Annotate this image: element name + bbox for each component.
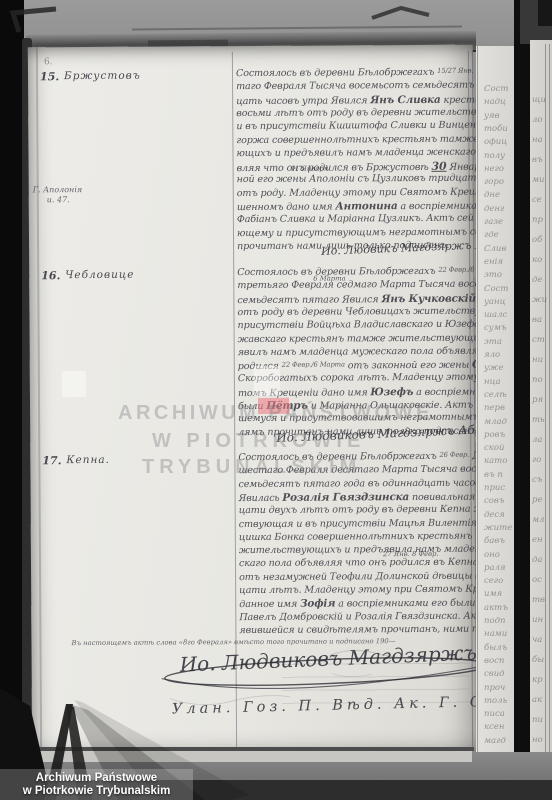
sliver-fragment: ин <box>532 615 543 625</box>
sliver-fragment: на <box>532 135 543 145</box>
corner-mark-top-right <box>372 8 429 18</box>
facing-page-fragment: сумъ <box>484 323 506 333</box>
sliver-fragment: ря <box>532 395 543 405</box>
archive-watermark-label: Archiwum Państwowe w Piotrkowie Trybunal… <box>0 769 193 800</box>
sliver-fragment: въ <box>532 155 543 165</box>
facing-page-fragment: прис <box>484 483 505 493</box>
sliver-fragment: ми <box>532 175 545 185</box>
facing-page-fragment: восп <box>484 656 504 666</box>
facing-page-fragment: раля <box>484 563 506 573</box>
facing-page-fragment: дне <box>484 190 500 200</box>
facing-rule <box>477 46 478 754</box>
facing-page-fragment: надц <box>484 97 506 107</box>
sliver-fragment: пр <box>532 215 543 225</box>
sliver-fragment: се <box>532 195 542 205</box>
sliver-fragment: ла <box>532 435 542 445</box>
facing-page-fragment: полу <box>484 151 505 161</box>
facing-page-fragment: былъ <box>484 643 507 653</box>
facing-page-fragment: денг <box>484 204 504 214</box>
facing-page-fragment: горо <box>484 177 504 187</box>
sliver-fragment: по <box>532 375 543 385</box>
facing-page-fragment: это <box>484 270 502 280</box>
entry-number: 16. <box>41 269 60 282</box>
entry-number: 17. <box>42 454 61 467</box>
sliver-fragment: де <box>532 275 542 285</box>
sliver-fragment: ко <box>532 255 542 265</box>
sliver-fragment: пи <box>532 715 543 725</box>
facing-page-fragment: имя <box>484 589 502 599</box>
facing-page-fragment: оно <box>484 550 500 560</box>
clerk-inscription: Улан. Гоз. П. Вѣд. Ак. Г. Сех. <box>172 693 519 717</box>
facing-page-fragment: въ п <box>484 470 503 480</box>
entry-text-line: таго Февраля Тысяча восемьсотъ семьдесят… <box>236 80 514 93</box>
facing-page-fragment: эта <box>484 337 502 347</box>
facing-page-fragment: бавъ <box>484 536 505 546</box>
sliver-fragment: да <box>532 555 542 565</box>
facing-page-fragment: где <box>484 230 499 240</box>
facing-page-fragment: уяв <box>484 111 500 121</box>
entry-text-line: данное имя Зофія а воспріемниками его бы… <box>239 597 475 610</box>
facing-page-fragment: ксен <box>484 722 504 732</box>
facing-page-fragment: Слив <box>484 244 506 254</box>
facing-page-fragment: писа <box>484 709 505 719</box>
facing-page-fragment: селѣ <box>484 390 507 400</box>
facing-page-fragment: жите <box>484 523 512 533</box>
background-left-edge <box>0 0 24 800</box>
facing-page-column: Состнадцуявтобиофицполунегогороднеденгга… <box>476 46 514 754</box>
sliver-fragment: го <box>532 455 541 465</box>
interline-correction: 11 Января <box>291 165 329 173</box>
sliver-fragment: ло <box>532 115 543 125</box>
facing-page-fragment: подп <box>484 616 505 626</box>
archive-label-line-1: Archiwum Państwowe <box>36 772 157 785</box>
facing-page-fragment: актъ <box>484 603 508 613</box>
sliver-fragment: ча <box>532 635 542 645</box>
facing-page-fragment: совъ <box>484 496 505 506</box>
facing-page-fragment: него <box>484 164 504 174</box>
facing-page-fragment: ровъ <box>484 430 505 440</box>
entry-text-line: цишка Бонка совершеннолѣтнихъ крестьянъ … <box>239 530 514 543</box>
facing-page-fragment: проч <box>484 683 505 693</box>
register-page: 6. 15.БржустовъГ. Аполоніяи. 47.Состояло… <box>28 45 477 756</box>
interline-correction: 27 Янв. 8 Февр. <box>383 550 439 558</box>
facing-page-fragment: уанц <box>484 297 506 307</box>
pencil-page-number: 6. <box>44 57 53 67</box>
facing-page-fragment: уже <box>484 363 504 373</box>
facing-page-fragment: магд <box>484 736 506 746</box>
sliver-fragment: ст <box>532 335 545 345</box>
binding-crease <box>36 47 42 755</box>
sliver-fragment: ос <box>532 575 542 585</box>
white-highlight-margin <box>62 371 86 397</box>
ghost-watermark-line-2: W PIOTRKOWIE <box>152 430 365 453</box>
sliver-fragment: но <box>532 735 543 745</box>
facing-page-fragment: нца <box>484 377 501 387</box>
facing-page-fragment: свид <box>484 669 505 679</box>
book-gutter-shadow <box>514 0 530 800</box>
sliver-fragment: мл <box>532 515 544 525</box>
facing-page-fragment: като <box>484 456 507 466</box>
entry-margin-note-2: и. 47. <box>47 195 70 204</box>
scanned-register-photo: 6. 15.БржустовъГ. Аполоніяи. 47.Состояло… <box>0 0 552 800</box>
sliver-fragment: ва <box>532 315 542 325</box>
sliver-fragment: ни <box>532 355 543 365</box>
sliver-fragment: жи <box>532 295 547 305</box>
archive-label-line-2: w Piotrkowie Trybunalskim <box>23 785 171 798</box>
ghost-watermark-line-1: ARCHIWUM PAŃSTWOWE <box>118 402 433 425</box>
sliver-fragment: ре <box>532 495 542 505</box>
facing-page-fragment: деся <box>484 510 505 520</box>
entry-margin-note-1: Г. Аполонія <box>33 185 83 194</box>
sliver-fragment: щи <box>532 95 546 105</box>
sliver-fragment: кр <box>532 675 543 685</box>
page-stack-line <box>132 26 462 31</box>
sliver-rule-2 <box>549 44 550 770</box>
sliver-fragment: ть <box>532 415 545 425</box>
ghost-watermark-line-3: TRYBUNALSKIM <box>142 456 361 479</box>
facing-page-fragment: газе <box>484 217 503 227</box>
facing-page-fragment: Сост <box>484 284 508 294</box>
entry-text-line: цать часовъ утра Явился Янъ Сливка крест… <box>236 93 511 107</box>
entry-text-line: скаго пола объявляя что онъ родился въ К… <box>239 557 510 570</box>
sliver-fragment: ен <box>532 535 543 545</box>
facing-page-fragment: шалс <box>484 310 507 320</box>
sliver-fragment: бы <box>532 655 544 665</box>
facing-page-fragment: ской <box>484 443 504 453</box>
page-bottom-stack <box>32 751 472 762</box>
entry-number: 15. <box>40 70 59 83</box>
entry-text-line: восьми лѣтъ отъ роду въ деревни жительст… <box>236 106 508 119</box>
facing-page-fragment: тоби <box>484 124 508 134</box>
top-right-corner <box>538 0 552 26</box>
facing-page-fragment: Сост <box>484 84 508 94</box>
sliver-fragment: съ <box>532 475 542 485</box>
facing-page-fragment: перв <box>484 403 505 413</box>
entry-place-name: Бржустовъ <box>64 70 141 82</box>
white-highlight-text <box>254 366 280 396</box>
sliver-fragment: ак <box>532 695 542 705</box>
facing-page-fragment: нами <box>484 629 507 639</box>
facing-page-fragment: сего <box>484 576 503 586</box>
sliver-fragment: тв <box>532 595 545 605</box>
entry-text-line: Павелъ Домбровскій и Розалія Гвяздзинска… <box>239 610 511 623</box>
sliver-fragment: об <box>532 235 542 245</box>
interline-correction: 6 Марта <box>313 274 345 282</box>
facing-page-fragment: толь <box>484 696 507 706</box>
facing-page-fragment: яло <box>484 350 500 360</box>
facing-page-fragment: офиц <box>484 137 507 147</box>
entry-place-name: Чебловице <box>65 269 134 281</box>
entry-place-name: Кепна. <box>66 454 110 466</box>
sliver-rule-1 <box>545 44 546 770</box>
right-page-sliver: щилонавъмисепробкодеживастнипорятьлагосъ… <box>530 40 552 776</box>
facing-page-fragment: енія <box>484 257 503 267</box>
facing-page-fragment: млад <box>484 417 507 427</box>
